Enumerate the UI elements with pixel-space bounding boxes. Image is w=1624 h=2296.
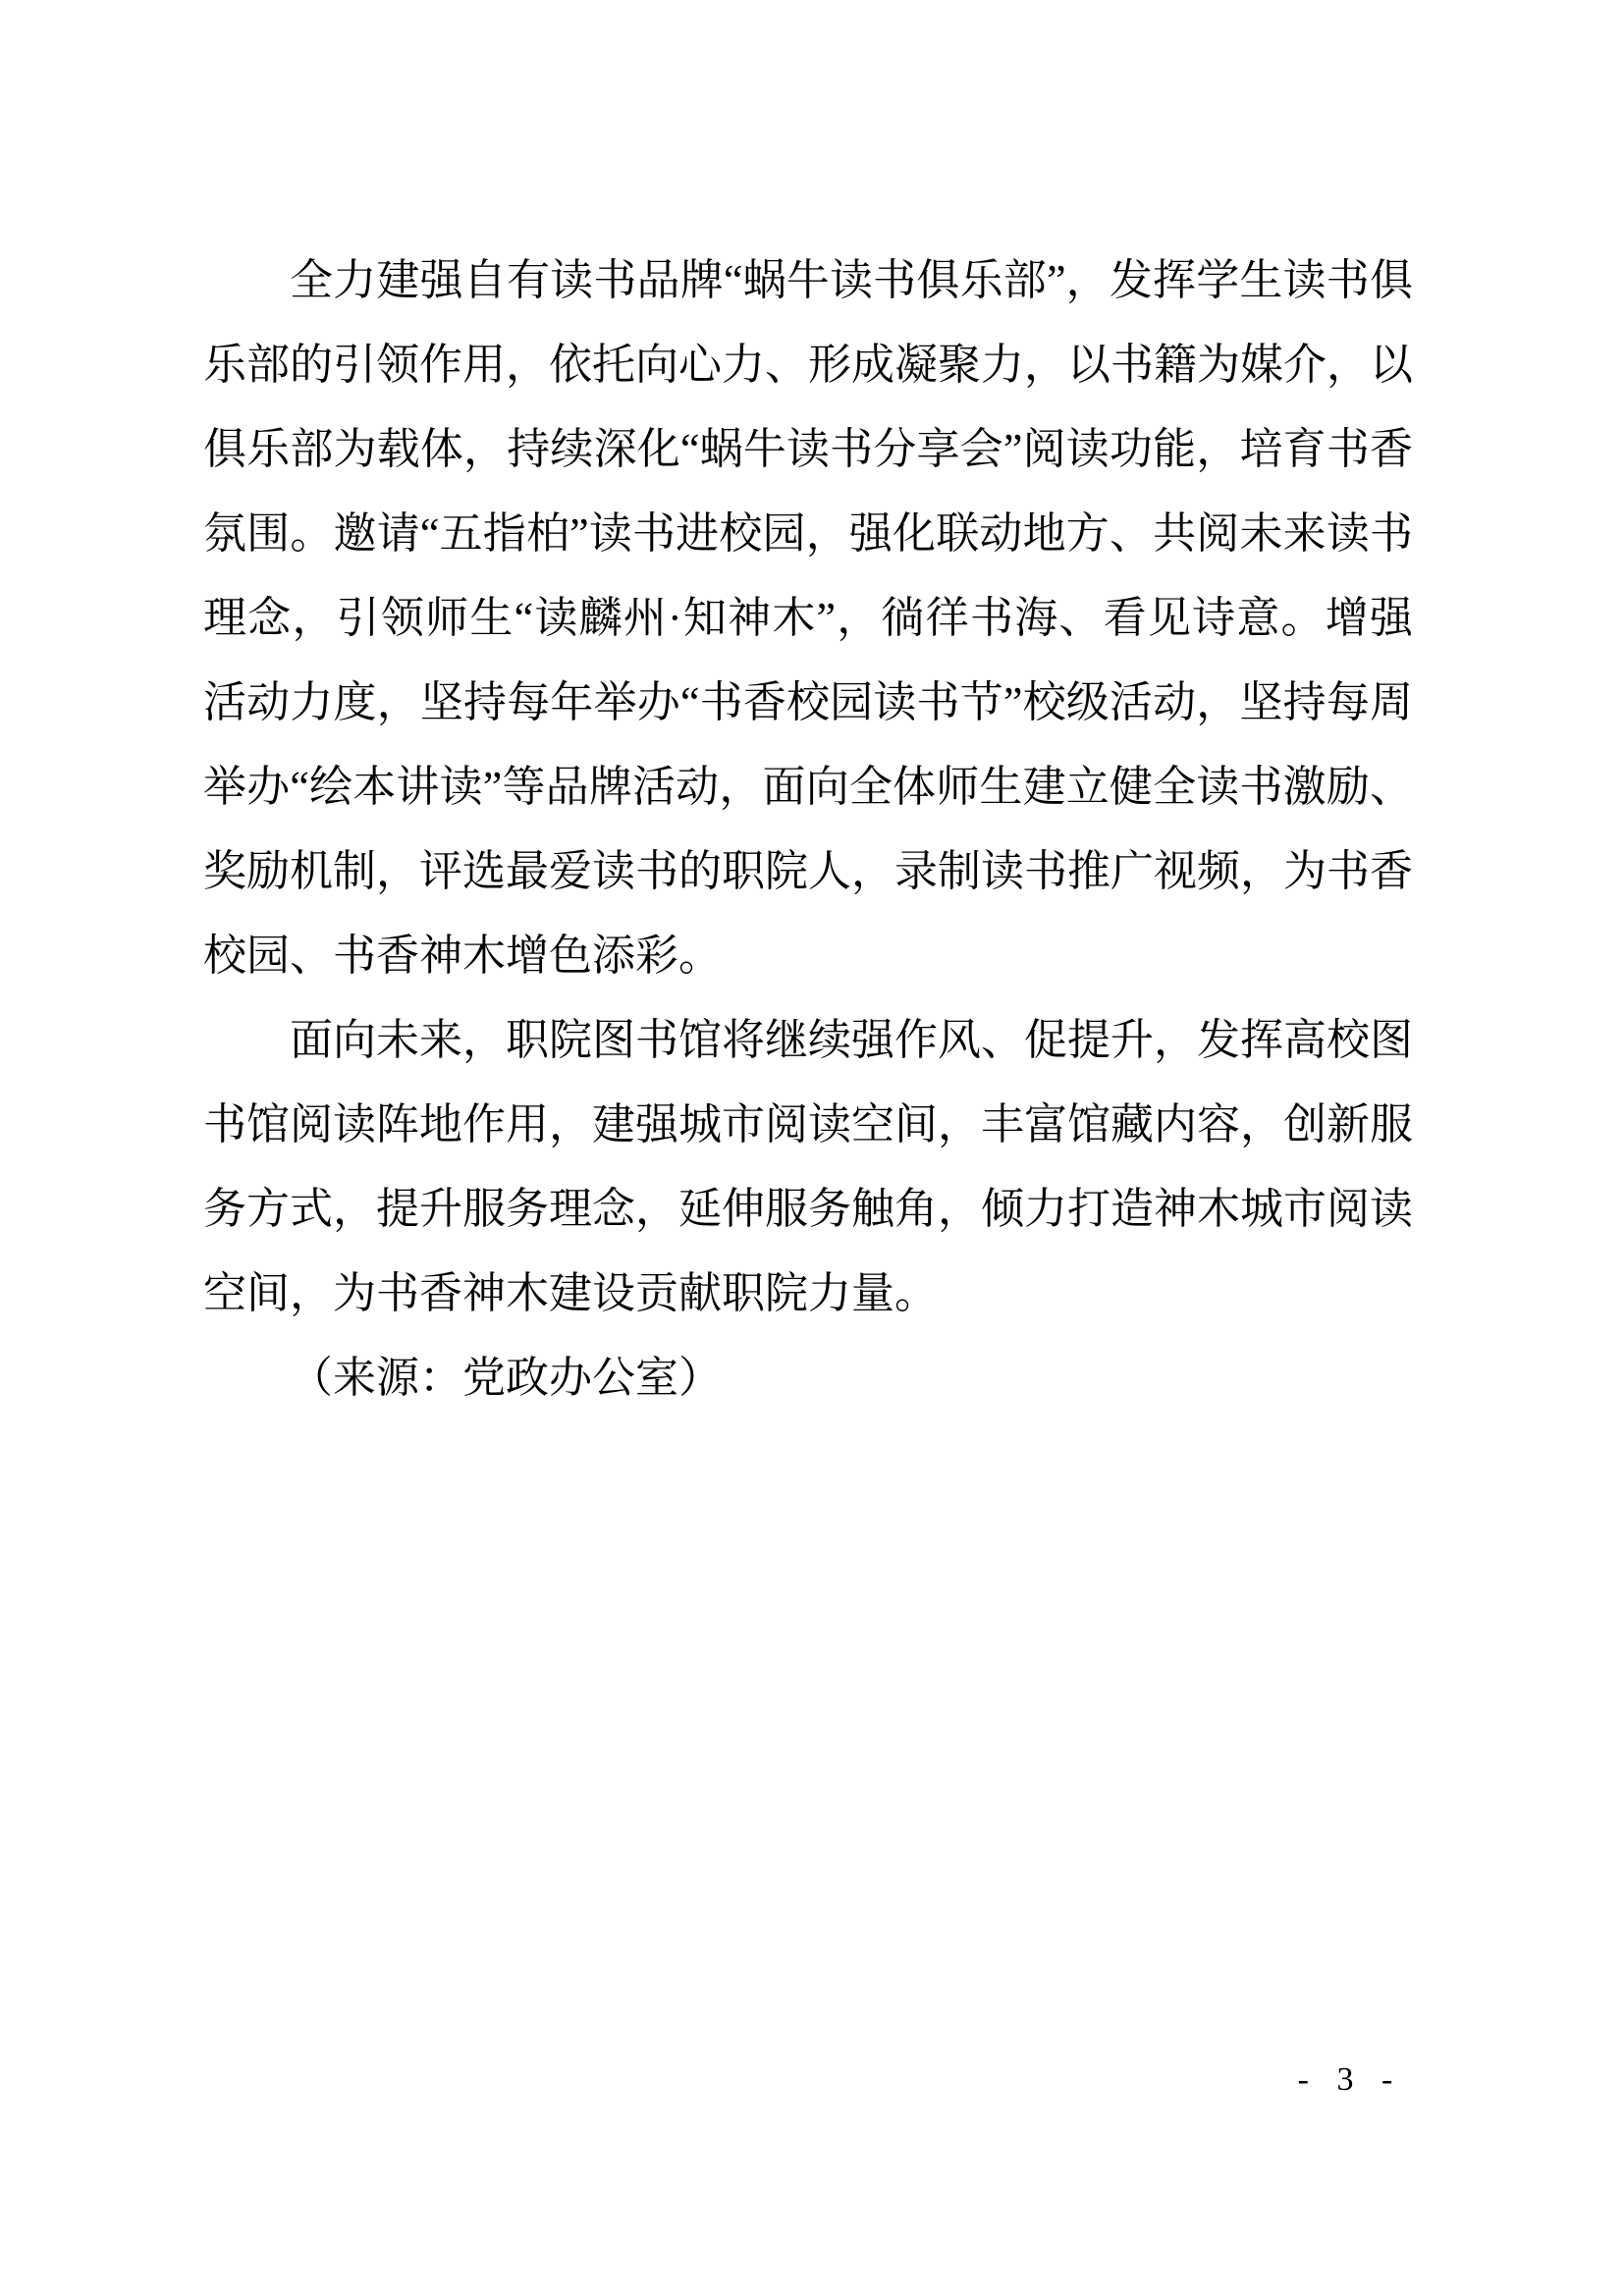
paragraph-future-outlook: 面向未来，职院图书馆将继续强作风、促提升，发挥高校图书馆阅读阵地作用，建强城市阅… [203,998,1413,1336]
document-body: 全力建强自有读书品牌“蜗牛读书俱乐部”，发挥学生读书俱乐部的引领作用，依托向心力… [203,239,1413,1420]
source-attribution: （来源：党政办公室） [203,1336,1413,1420]
page-number: - 3 - [1276,2056,1424,2105]
document-page: 全力建强自有读书品牌“蜗牛读书俱乐部”，发挥学生读书俱乐部的引领作用，依托向心力… [0,0,1624,2296]
paragraph-reading-club: 全力建强自有读书品牌“蜗牛读书俱乐部”，发挥学生读书俱乐部的引领作用，依托向心力… [203,239,1413,998]
